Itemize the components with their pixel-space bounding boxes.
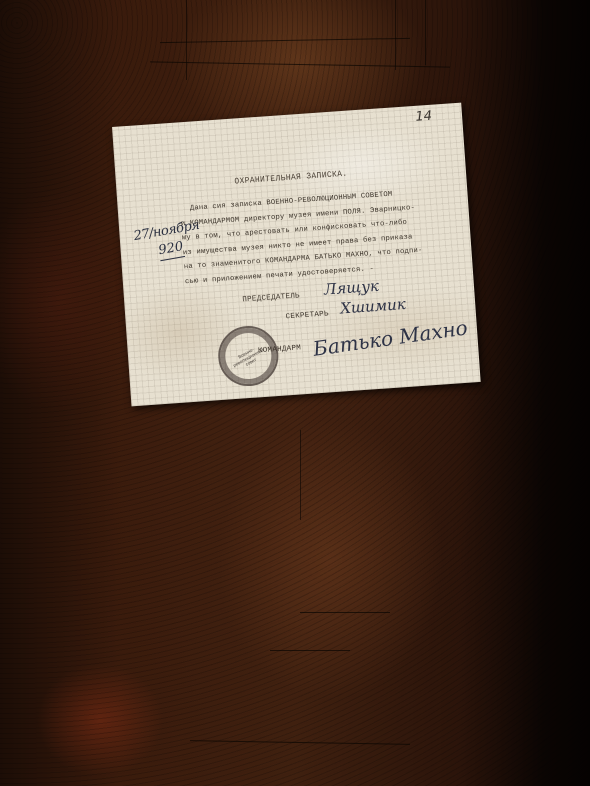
page-number: 14 xyxy=(415,109,433,125)
scratch-line xyxy=(425,0,426,65)
scratch-line xyxy=(190,740,410,745)
secretary-label: СЕКРЕТАРЬ xyxy=(285,310,329,321)
commander-signature: Батько Махно xyxy=(311,315,469,360)
chairman-label: ПРЕДСЕДАТЕЛЬ xyxy=(242,292,300,304)
scratch-line xyxy=(150,61,450,67)
scratch-line xyxy=(395,0,396,70)
margin-year-note: 920 xyxy=(157,239,185,261)
scratch-line xyxy=(160,38,410,43)
document-body: Дана сия записка ВОЕННО-РЕВОЛЮЦИОННЫМ СО… xyxy=(179,183,468,290)
stamp-text: Военно-революционный совет xyxy=(226,340,272,374)
chairman-signature: Лящук xyxy=(323,277,379,299)
scratch-line xyxy=(300,430,301,520)
commander-label: КОМАНДАРМ xyxy=(258,344,302,355)
scratch-line xyxy=(186,0,187,80)
scratch-line xyxy=(300,612,390,613)
official-stamp: Военно-революционный совет xyxy=(216,324,280,388)
scratch-line xyxy=(270,650,350,651)
historical-document: 14 27/ноября 920 ОХРАНИТЕЛЬНАЯ ЗАПИСКА. … xyxy=(112,103,481,407)
secretary-signature: Хшимик xyxy=(340,295,407,318)
